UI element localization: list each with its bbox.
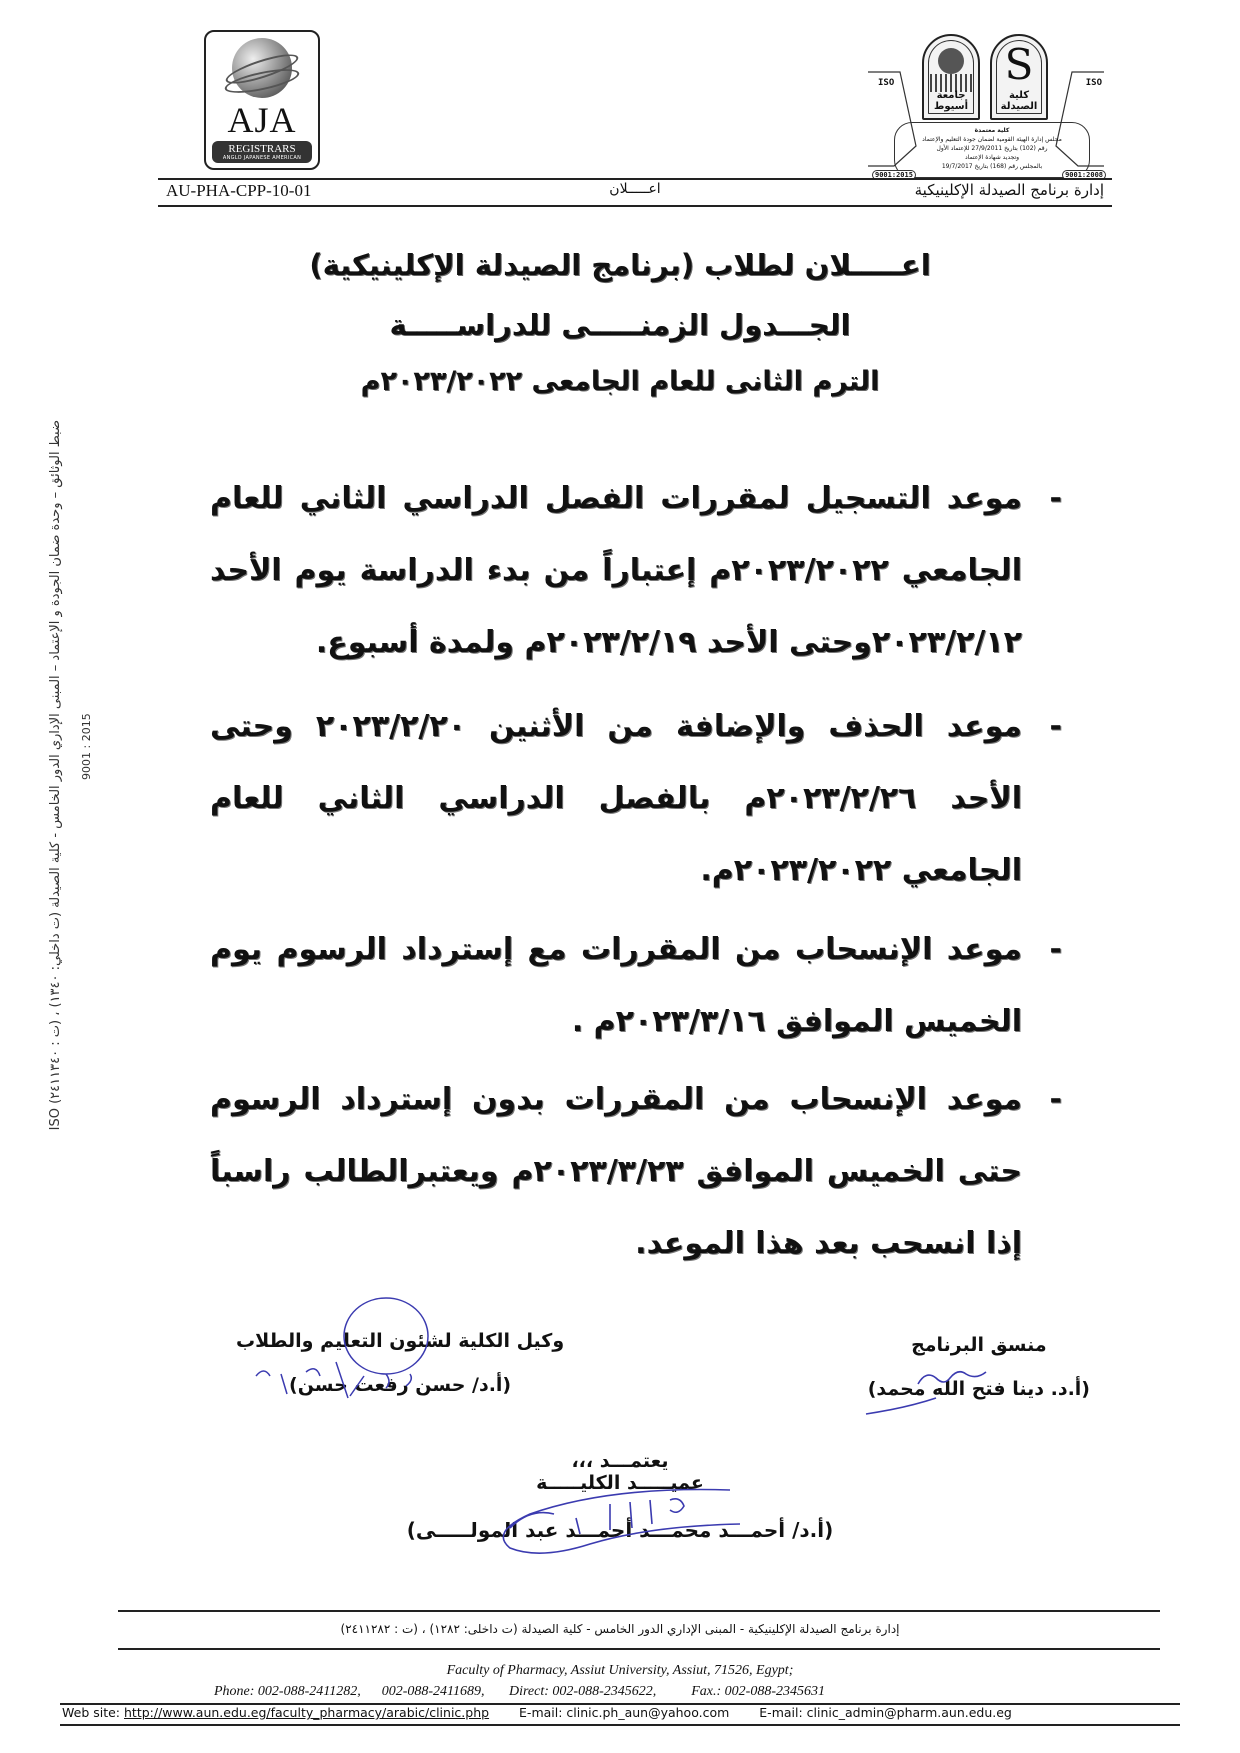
website-label: Web site:: [62, 1705, 120, 1720]
term-subtitle: الترم الثانى للعام الجامعى ٢٠٢٣/٢٠٢٢م: [0, 366, 1240, 397]
iso-right-label: ISO: [1086, 78, 1102, 88]
footer-web-email-line: Web site: http://www.aun.edu.eg/faculty_…: [62, 1705, 1012, 1720]
signer-name: (أ.د. دينا فتح الله محمد): [868, 1378, 1090, 1400]
footer-arabic-address: إدارة برنامج الصيدلة الإكلينيكية - المبن…: [0, 1622, 1240, 1636]
withdrawal-refund-bullet: -موعد الإنسحاب من المقررات مع إسترداد ال…: [210, 914, 1062, 1058]
aja-label-bar: REGISTRARS ANGLO JAPANESE AMERICAN: [212, 141, 312, 163]
bullet-text: موعد الإنسحاب من المقررات مع إسترداد الر…: [210, 932, 1022, 1039]
schedule-subtitle: الجـــدول الزمنـــــى للدراســـــة: [0, 308, 1240, 342]
aja-registrars-logo: AJA REGISTRARS ANGLO JAPANESE AMERICAN: [204, 30, 320, 170]
bullet-text: موعد الحذف والإضافة من الأثنين ٢٠٢٣/٢/٢٠…: [210, 709, 1022, 888]
university-faculty-logo: ISO ISO جامعة أسيوط S كلية الصيدلة كلية …: [866, 28, 1106, 184]
email-yahoo[interactable]: E-mail: clinic.ph_aun@yahoo.com: [519, 1705, 729, 1720]
email-admin[interactable]: E-mail: clinic_admin@pharm.aun.edu.eg: [759, 1705, 1012, 1720]
aja-brand: AJA: [227, 102, 296, 138]
accreditation-caption: كلية معتمدة مجلس إدارة الهيئة القومية لض…: [894, 122, 1090, 178]
iso-left-label: ISO: [878, 78, 894, 88]
document-header-strip: AU-PHA-CPP-10-01 اعـــــلان إدارة برنامج…: [158, 181, 1112, 205]
pharmacy-faculty-emblem: S كلية الصيدلة: [990, 34, 1048, 120]
vice-dean-signature-block: وكيل الكلية لشئون التعليم والطلاب (أ.د/ …: [236, 1330, 564, 1396]
header-bottom-rule: [158, 205, 1112, 207]
signer-role: منسق البرنامج: [868, 1334, 1090, 1356]
website-link[interactable]: http://www.aun.edu.eg/faculty_pharmacy/a…: [124, 1705, 489, 1720]
assiut-university-emblem: جامعة أسيوط: [922, 34, 980, 120]
aja-sublabel: ANGLO JAPANESE AMERICAN: [212, 155, 312, 161]
footer-top-rule: [118, 1610, 1160, 1612]
aja-label: REGISTRARS: [212, 143, 312, 155]
side-margin-text: ضبط الوثائق – وحدة ضمان الجودة و الإعتما…: [48, 420, 88, 1290]
department-name: إدارة برنامج الصيدلة الإكلينيكية: [915, 181, 1104, 199]
sun-icon: [938, 48, 964, 74]
withdrawal-no-refund-bullet: -موعد الإنسحاب من المقررات بدون إسترداد …: [210, 1064, 1062, 1280]
footer-phone-line: Phone: 002-088-2411282, 002-088-2411689,…: [214, 1684, 825, 1700]
approval-label: يعتمـــد ،،،: [0, 1450, 1240, 1472]
document-code: AU-PHA-CPP-10-01: [166, 181, 311, 201]
bullet-text: موعد التسجيل لمقررات الفصل الدراسي الثان…: [210, 481, 1022, 660]
footer-english-address: Faculty of Pharmacy, Assiut University, …: [0, 1663, 1240, 1679]
signer-name: (أ.د/ أحمـــد محمـــد أحمـــد عبد المولـ…: [0, 1518, 1240, 1542]
document-type: اعـــــلان: [609, 181, 660, 197]
add-drop-bullet: -موعد الحذف والإضافة من الأثنين ٢٠٢٣/٢/٢…: [210, 691, 1062, 907]
footer-bottom-rule: [60, 1724, 1180, 1726]
signer-name: (أ.د/ حسن رفعت حسن): [236, 1374, 564, 1396]
signer-role: وكيل الكلية لشئون التعليم والطلاب: [236, 1330, 564, 1352]
side-margin-iso-code: 9001 : 2015: [80, 700, 93, 780]
signer-role: عميـــــد الكليـــــة: [0, 1472, 1240, 1494]
globe-icon: [232, 38, 292, 98]
bullet-text: موعد الإنسحاب من المقررات بدون إسترداد ا…: [210, 1082, 1022, 1261]
registration-bullet: -موعد التسجيل لمقررات الفصل الدراسي الثا…: [210, 463, 1062, 679]
announcement-title: اعـــــلان لطلاب (برنامج الصيدلة الإكلين…: [0, 248, 1240, 282]
bowl-of-hygieia-icon: S: [992, 42, 1046, 88]
dean-signature-block: يعتمـــد ،،، عميـــــد الكليـــــة (أ.د/…: [0, 1450, 1240, 1542]
header-top-rule: [158, 178, 1112, 180]
coordinator-signature-block: منسق البرنامج (أ.د. دينا فتح الله محمد): [868, 1334, 1090, 1400]
footer-mid-rule: [118, 1648, 1160, 1650]
